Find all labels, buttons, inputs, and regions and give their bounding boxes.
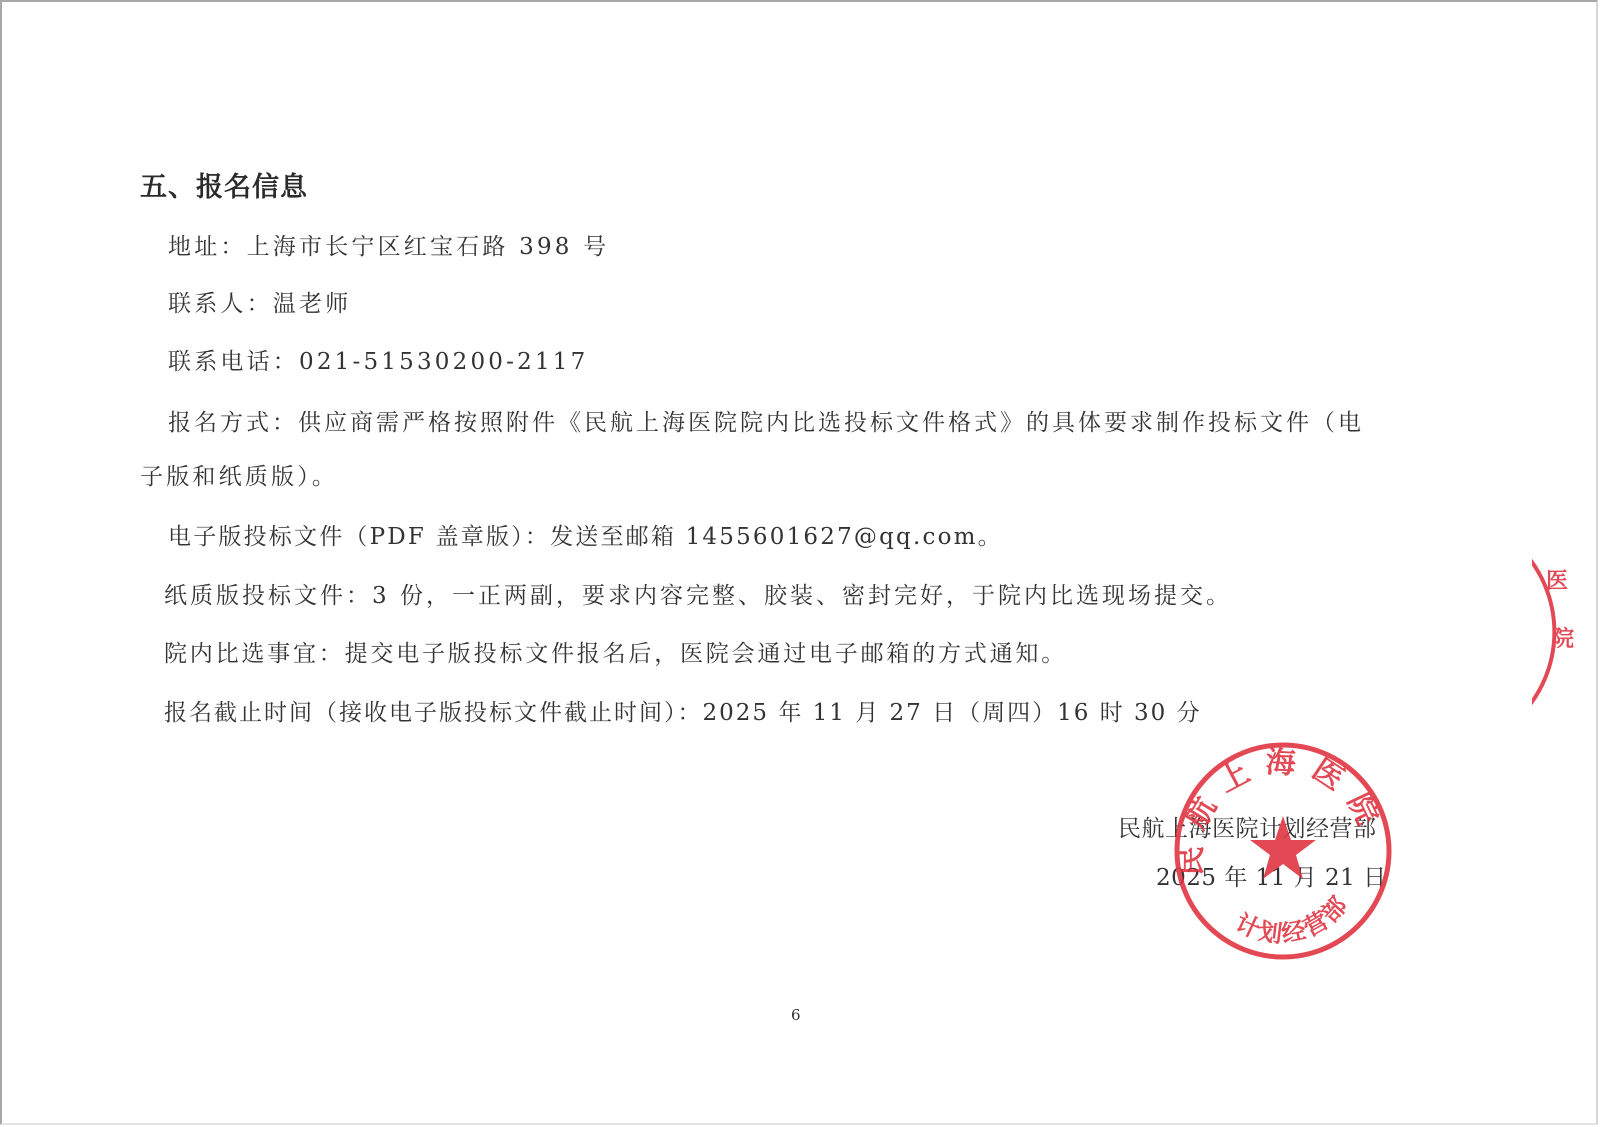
svg-text:医: 医 — [1546, 569, 1568, 594]
selection-matters-line: 院内比选事宜：提交电子版投标文件报名后，医院会通过电子邮箱的方式通知。 — [164, 635, 1067, 668]
registration-method-line-2: 子版和纸质版）。 — [140, 458, 338, 491]
registration-method-line-1: 报名方式：供应商需严格按照附件《民航上海医院院内比选投标文件格式》的具体要求制作… — [168, 404, 1364, 437]
contact-person-line: 联系人：温老师 — [168, 285, 351, 318]
electronic-bid-document-line: 电子版投标文件（PDF 盖章版）：发送至邮箱 1455601627@qq.com… — [168, 518, 1003, 551]
svg-text:计划经营部: 计划经营部 — [1231, 890, 1354, 948]
section-heading: 五、报名信息 — [140, 165, 308, 204]
page-number: 6 — [791, 1006, 801, 1024]
contact-phone-line: 联系电话：021-51530200-2117 — [168, 343, 588, 376]
paper-bid-document-line: 纸质版投标文件：3 份，一正两副，要求内容完整、胶装、密封完好，于院内比选现场提… — [164, 577, 1232, 610]
official-seal-icon: 民航上海医院 计划经营部 — [1170, 738, 1396, 964]
registration-deadline-line: 报名截止时间（接收电子版投标文件截止时间）：2025 年 11 月 27 日（周… — [164, 694, 1202, 727]
paging-seal-fragment-icon: 医 院 — [1532, 542, 1600, 722]
signature-department: 民航上海医院计划经营部 — [1118, 810, 1377, 843]
svg-text:院: 院 — [1552, 627, 1574, 652]
address-line: 地址：上海市长宁区红宝石路 398 号 — [168, 228, 609, 261]
document-page: 五、报名信息 地址：上海市长宁区红宝石路 398 号 联系人：温老师 联系电话：… — [0, 0, 1598, 1125]
signature-date: 2025 年 11 月 21 日 — [1156, 859, 1387, 892]
